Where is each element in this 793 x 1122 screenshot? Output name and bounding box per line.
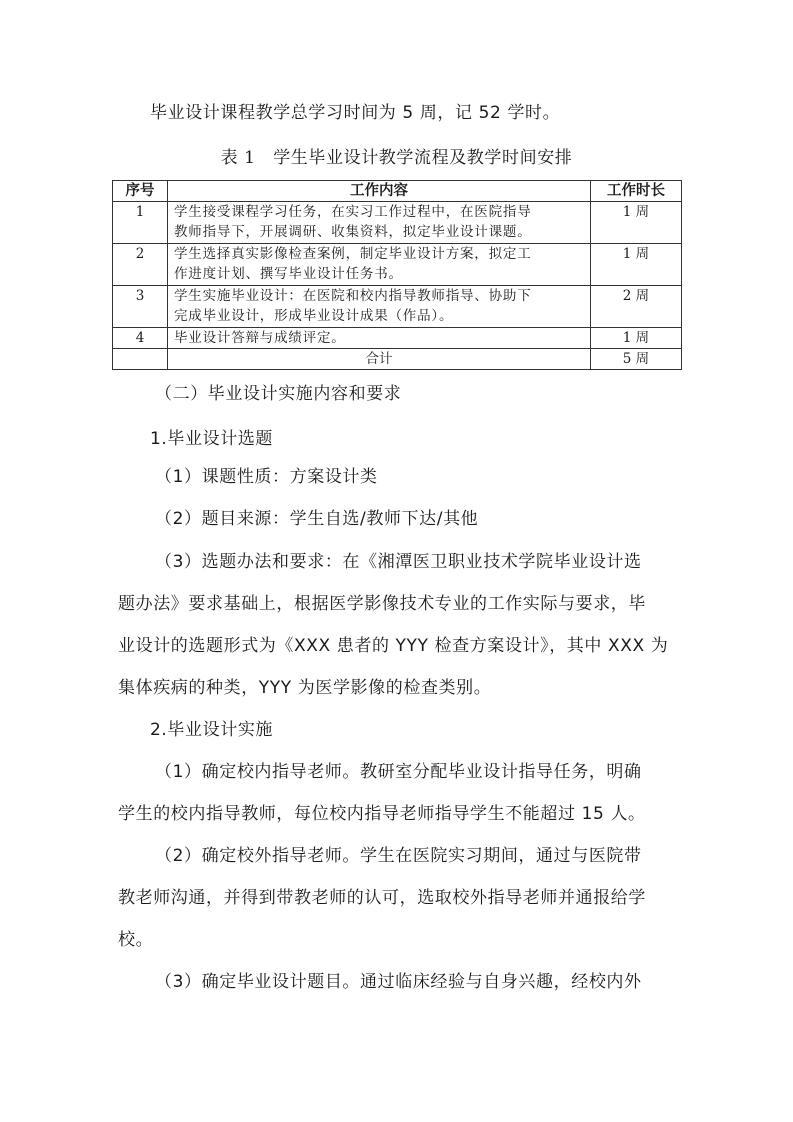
total-duration: 5 周 [591, 349, 682, 370]
header-num: 序号 [113, 181, 168, 202]
row-num: 4 [113, 328, 168, 349]
row-duration: 1 周 [591, 244, 682, 286]
paragraph-line: （1）确定校内指导老师。教研室分配毕业设计指导任务，明确 [155, 762, 642, 782]
table-row: 3 学生实施毕业设计：在医院和校内指导教师指导、协助下 完成毕业设计，形成毕业设… [113, 286, 682, 328]
row-content-line: 作进度计划、撰写毕业设计任务书。 [174, 264, 586, 284]
section-heading: （二）毕业设计实施内容和要求 [155, 384, 401, 404]
paragraph-line: 学生的校内指导教师，每位校内指导老师指导学生不能超过 15 人。 [118, 804, 646, 824]
row-content: 毕业设计答辩与成绩评定。 [168, 328, 591, 349]
table-row: 2 学生选择真实影像检查案例，制定毕业设计方案，拟定工 作进度计划、撰写毕业设计… [113, 244, 682, 286]
row-content-line: 教师指导下，开展调研、收集资料，拟定毕业设计课题。 [174, 222, 586, 242]
subsection-heading-2: 2.毕业设计实施 [150, 720, 273, 740]
table-total-row: 合计 5 周 [113, 349, 682, 370]
table-header-row: 序号 工作内容 工作时长 [113, 181, 682, 202]
row-content-line: 学生选择真实影像检查案例，制定毕业设计方案，拟定工 [174, 244, 586, 264]
total-num-empty [113, 349, 168, 370]
table-caption: 表 1 学生毕业设计教学流程及教学时间安排 [0, 148, 793, 168]
row-content-line: 学生实施毕业设计：在医院和校内指导教师指导、协助下 [174, 286, 586, 306]
row-duration: 1 周 [591, 202, 682, 244]
row-content-line: 完成毕业设计，形成毕业设计成果（作品）。 [174, 306, 586, 326]
row-num: 1 [113, 202, 168, 244]
table-row: 4 毕业设计答辩与成绩评定。 1 周 [113, 328, 682, 349]
paragraph-line: （3）选题办法和要求：在《湘潭医卫职业技术学院毕业设计选 [155, 552, 642, 572]
total-label: 合计 [168, 349, 591, 370]
paragraph-line: 教老师沟通，并得到带教老师的认可，选取校外指导老师并通报给学 [118, 888, 646, 908]
row-content: 学生实施毕业设计：在医院和校内指导教师指导、协助下 完成毕业设计，形成毕业设计成… [168, 286, 591, 328]
row-content: 学生选择真实影像检查案例，制定毕业设计方案，拟定工 作进度计划、撰写毕业设计任务… [168, 244, 591, 286]
intro-paragraph: 毕业设计课程教学总学习时间为 5 周，记 52 学时。 [150, 103, 560, 123]
header-content: 工作内容 [168, 181, 591, 202]
table-row: 1 学生接受课程学习任务，在实习工作过程中，在医院指导 教师指导下，开展调研、收… [113, 202, 682, 244]
row-content-line: 学生接受课程学习任务，在实习工作过程中，在医院指导 [174, 202, 586, 222]
row-duration: 2 周 [591, 286, 682, 328]
paragraph-line: 集体疾病的种类，YYY 为医学影像的检查类别。 [118, 678, 491, 698]
header-duration: 工作时长 [591, 181, 682, 202]
row-num: 2 [113, 244, 168, 286]
row-duration: 1 周 [591, 328, 682, 349]
item-topic-source: （2）题目来源：学生自选/教师下达/其他 [155, 509, 478, 529]
paragraph-line: 校。 [118, 930, 153, 950]
subsection-heading-1: 1.毕业设计选题 [150, 429, 273, 449]
item-topic-nature: （1）课题性质：方案设计类 [155, 467, 378, 487]
paragraph-line: （2）确定校外指导老师。学生在医院实习期间，通过与医院带 [155, 846, 642, 866]
paragraph-line: 业设计的选题形式为《XXX 患者的 YYY 检查方案设计》，其中 XXX 为 [118, 636, 668, 656]
paragraph-line: （3）确定毕业设计题目。通过临床经验与自身兴趣，经校内外 [155, 972, 642, 992]
row-content: 学生接受课程学习任务，在实习工作过程中，在医院指导 教师指导下，开展调研、收集资… [168, 202, 591, 244]
paragraph-line: 题办法》要求基础上，根据医学影像技术专业的工作实际与要求，毕 [118, 594, 646, 614]
schedule-table: 序号 工作内容 工作时长 1 学生接受课程学习任务，在实习工作过程中，在医院指导… [112, 180, 682, 370]
row-num: 3 [113, 286, 168, 328]
